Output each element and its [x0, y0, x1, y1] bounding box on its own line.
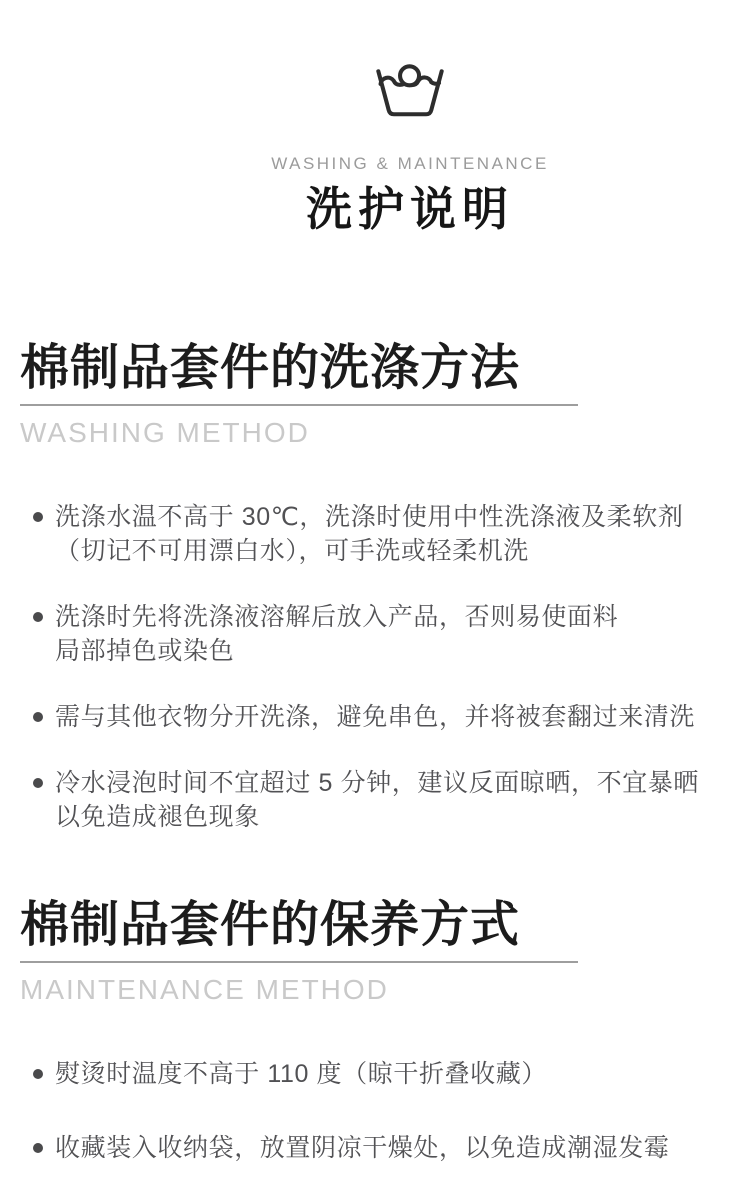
- bullet-line: 收藏装入收纳袋，放置阴凉干燥处，以免造成潮湿发霉: [55, 1131, 669, 1165]
- bullet-line: （切记不可用漂白水），可手洗或轻柔机洗: [55, 534, 683, 568]
- bullet-line: 以免造成褪色现象: [55, 800, 699, 834]
- washing-method-subheading: WASHING METHOD: [20, 418, 730, 448]
- bullet-text: 冷水浸泡时间不宜超过 5 分钟，建议反面晾晒，不宜暴晒 以免造成褪色现象: [55, 766, 699, 834]
- bullet-dot: [33, 1069, 43, 1079]
- list-item: 洗涤水温不高于 30℃，洗涤时使用中性洗涤液及柔软剂 （切记不可用漂白水），可手…: [33, 500, 730, 568]
- washing-instructions-page: WASHING & MAINTENANCE 洗护说明 棉制品套件的洗涤方法 WA…: [0, 0, 750, 1204]
- bullet-dot: [33, 612, 43, 622]
- maintenance-method-heading: 棉制品套件的保养方式: [20, 897, 730, 953]
- bullet-dot: [33, 712, 43, 722]
- page-header: WASHING & MAINTENANCE 洗护说明: [0, 0, 750, 234]
- bullet-dot: [33, 778, 43, 788]
- bullet-line: 冷水浸泡时间不宜超过 5 分钟，建议反面晾晒，不宜暴晒: [55, 766, 699, 800]
- bullet-text: 需与其他衣物分开洗涤，避免串色，并将被套翻过来清洗: [55, 700, 695, 734]
- list-item: 冷水浸泡时间不宜超过 5 分钟，建议反面晾晒，不宜暴晒 以免造成褪色现象: [33, 766, 730, 834]
- bullet-line: 需与其他衣物分开洗涤，避免串色，并将被套翻过来清洗: [55, 700, 695, 734]
- bullet-dot: [33, 512, 43, 522]
- divider: [20, 961, 578, 963]
- bullet-line: 洗涤时先将洗涤液溶解后放入产品，否则易使面料: [55, 600, 618, 634]
- bullet-dot: [33, 1143, 43, 1153]
- bullet-text: 熨烫时温度不高于 110 度（晾干折叠收藏）: [55, 1057, 547, 1091]
- list-item: 收藏装入收纳袋，放置阴凉干燥处，以免造成潮湿发霉: [33, 1131, 730, 1165]
- maintenance-method-section: 棉制品套件的保养方式 MAINTENANCE METHOD 熨烫时温度不高于 1…: [20, 897, 730, 1165]
- wash-basin-icon: [70, 64, 750, 124]
- bullet-line: 洗涤水温不高于 30℃，洗涤时使用中性洗涤液及柔软剂: [55, 500, 683, 534]
- washing-method-section: 棉制品套件的洗涤方法 WASHING METHOD 洗涤水温不高于 30℃，洗涤…: [20, 340, 730, 834]
- maintenance-bullet-list: 熨烫时温度不高于 110 度（晾干折叠收藏） 收藏装入收纳袋，放置阴凉干燥处，以…: [20, 1057, 730, 1165]
- washing-bullet-list: 洗涤水温不高于 30℃，洗涤时使用中性洗涤液及柔软剂 （切记不可用漂白水），可手…: [20, 500, 730, 834]
- list-item: 洗涤时先将洗涤液溶解后放入产品，否则易使面料 局部掉色或染色: [33, 600, 730, 668]
- page-title: 洗护说明: [70, 184, 750, 234]
- bullet-text: 洗涤时先将洗涤液溶解后放入产品，否则易使面料 局部掉色或染色: [55, 600, 618, 668]
- bullet-line: 熨烫时温度不高于 110 度（晾干折叠收藏）: [55, 1057, 547, 1091]
- maintenance-method-subheading: MAINTENANCE METHOD: [20, 975, 730, 1005]
- divider: [20, 404, 578, 406]
- bullet-line: 局部掉色或染色: [55, 634, 618, 668]
- bullet-text: 洗涤水温不高于 30℃，洗涤时使用中性洗涤液及柔软剂 （切记不可用漂白水），可手…: [55, 500, 683, 568]
- list-item: 熨烫时温度不高于 110 度（晾干折叠收藏）: [33, 1057, 730, 1091]
- bullet-text: 收藏装入收纳袋，放置阴凉干燥处，以免造成潮湿发霉: [55, 1131, 669, 1165]
- washing-method-heading: 棉制品套件的洗涤方法: [20, 340, 730, 396]
- header-caption: WASHING & MAINTENANCE: [70, 154, 750, 174]
- list-item: 需与其他衣物分开洗涤，避免串色，并将被套翻过来清洗: [33, 700, 730, 734]
